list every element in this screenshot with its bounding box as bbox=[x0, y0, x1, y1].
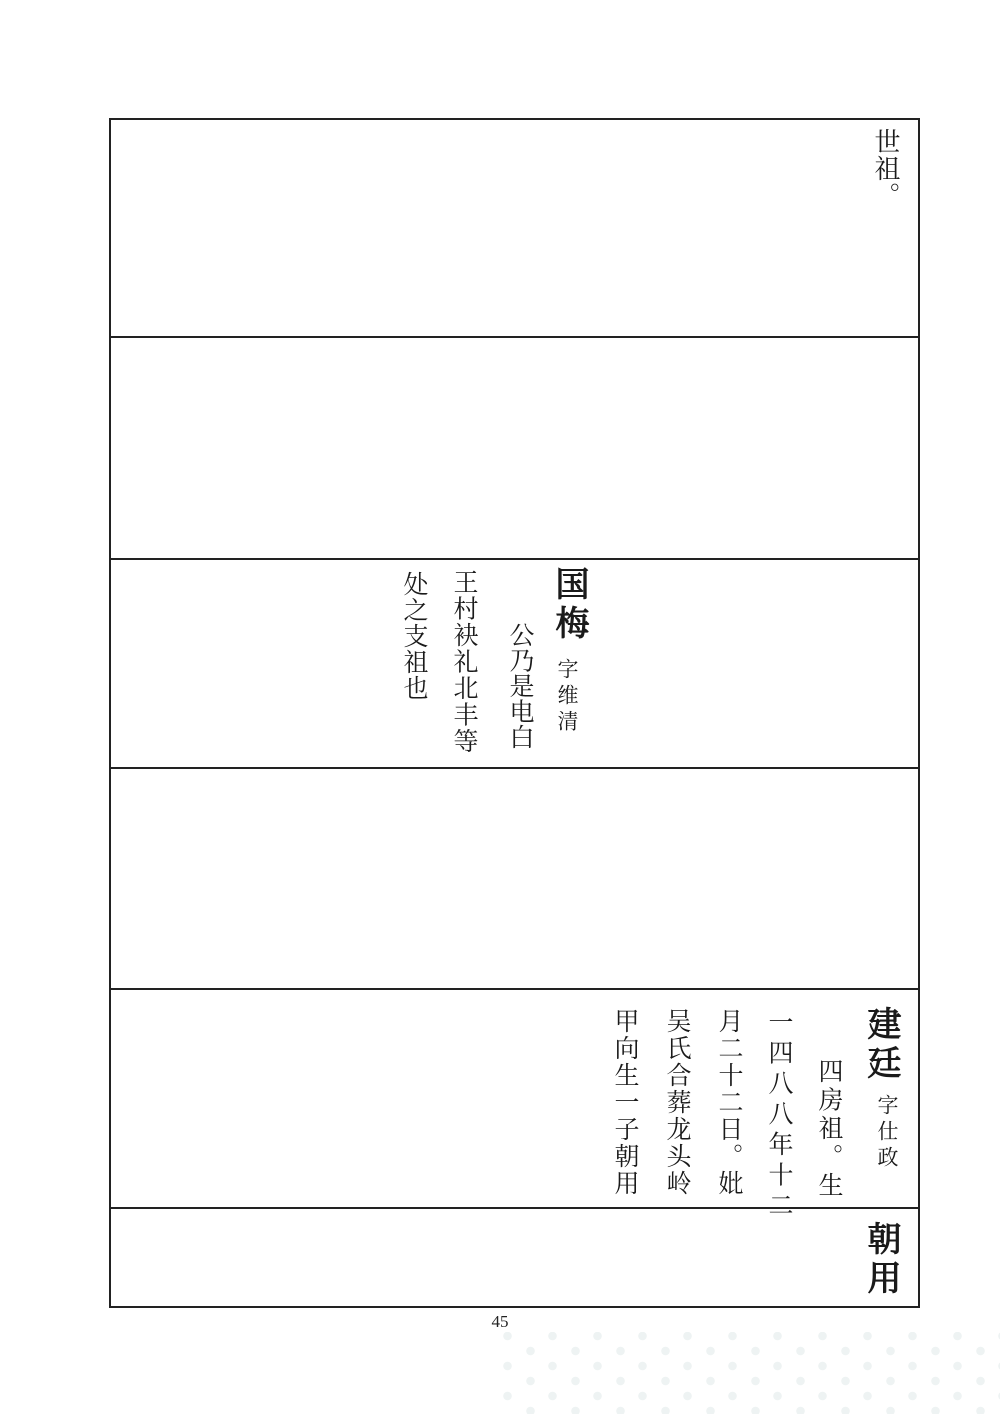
ancestor-name: 朝用 bbox=[863, 1221, 897, 1299]
ancestor-name: 国梅 bbox=[551, 566, 585, 644]
entry-text-column: 公乃是电白 bbox=[507, 622, 532, 750]
courtesy-name: 字维清 bbox=[556, 658, 577, 736]
table-row bbox=[111, 338, 918, 560]
entry-text-column: 甲向生一子朝用 bbox=[612, 1008, 637, 1197]
table-row bbox=[111, 769, 918, 990]
courtesy-name: 字仕政 bbox=[876, 1094, 897, 1172]
genealogy-page: 世祖。 国梅 字维清 公乃是电白 王村袂礼北丰等 处之支祖也 建廷 字仕政 四房… bbox=[0, 0, 1000, 1414]
entry-text-column: 处之支祖也 bbox=[401, 571, 426, 701]
entry-text-column: 一四八八年十二 bbox=[766, 1009, 791, 1223]
table-row bbox=[111, 1209, 918, 1306]
entry-text-column: 王村袂礼北丰等 bbox=[451, 569, 476, 755]
scan-artifact-dots bbox=[500, 1332, 1000, 1414]
entry-text-column: 吴氏合葬龙头岭 bbox=[664, 1008, 689, 1197]
table-row bbox=[111, 120, 918, 338]
ancestor-name: 建廷 bbox=[863, 1006, 897, 1084]
table-row bbox=[111, 990, 918, 1209]
page-number: 45 bbox=[0, 1312, 1000, 1332]
generation-label: 世祖。 bbox=[872, 128, 898, 209]
entry-text-column: 月二十二日。妣 bbox=[716, 1008, 741, 1197]
entry-text-column: 四房祖。生 bbox=[816, 1058, 841, 1201]
